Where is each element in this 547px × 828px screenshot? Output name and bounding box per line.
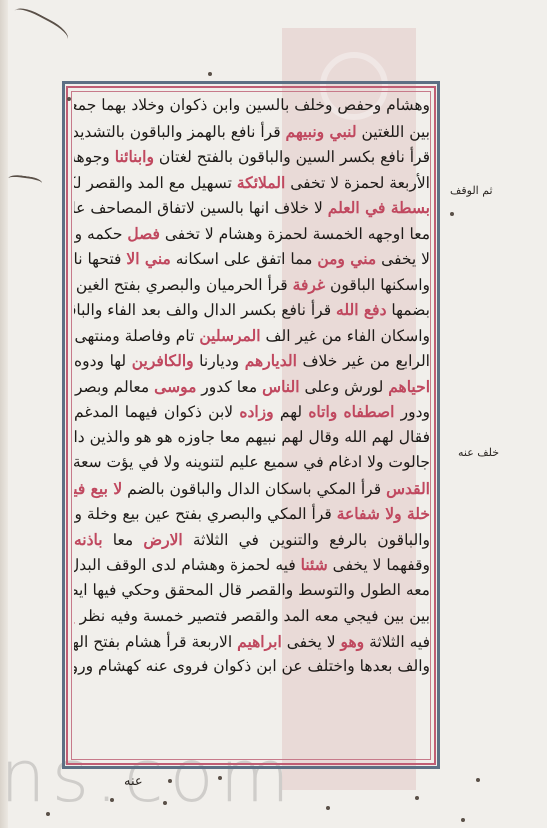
text-segment: والف بعدها واختلف عن ابن ذكوان فروى عنه …: [74, 657, 430, 675]
text-segment: واسكنها الباقون: [325, 276, 430, 294]
rubric-word: باذنه: [74, 530, 103, 549]
rubric-word: لنبي ونبيهم: [286, 122, 357, 141]
manuscript-line: القدس قرأ المكي باسكان الدال والباقون با…: [74, 476, 430, 502]
text-segment: بضمها: [386, 301, 430, 319]
text-segment: قرأ نافع بالهمز والباقون بالتشديد: [74, 123, 286, 141]
manuscript-line: الأربعة لحمزة لا تخفى الملائكة تسهيل مع …: [74, 170, 430, 196]
text-segment: قرأ المكي والبصري بفتح عين بيع وخلة وشفا…: [74, 505, 337, 523]
rubric-word: الناس: [262, 377, 299, 396]
manuscript-line: بسطة في العلم لا خلاف انها بالسين لاتفاق…: [74, 195, 430, 221]
text-segment: قرأ نافع بكسر السين والباقون بالفتح لغتا…: [154, 148, 430, 166]
manuscript-line: وهشام وحفص وخلف بالسين وابن ذكوان وخلاد …: [74, 93, 430, 119]
rubric-word: المرسلين: [199, 326, 260, 345]
rubric-word: خلة ولا شفاعة: [337, 504, 430, 523]
text-segment: معالم وبصرابن: [74, 378, 154, 396]
rubric-word: ابراهيم: [237, 632, 282, 651]
manuscript-line: والف بعدها واختلف عن ابن ذكوان فروى عنه …: [74, 654, 430, 680]
ink-dot: [218, 776, 222, 780]
rubric-word: وزاده: [239, 402, 273, 421]
text-segment: فيه لحمزة وهشام لدى الوقف البدل وتكون: [74, 556, 301, 574]
text-segment: تام وفاصلة ومنتهى الحزب: [74, 327, 199, 345]
text-segment: وقفهما لا يخفى: [328, 556, 430, 574]
binding-thread: [7, 174, 42, 191]
rubric-word: موسى: [154, 377, 196, 396]
text-segment: فقال لهم الله وقال لهم نبيهم معا جاوزه ه…: [74, 428, 430, 446]
manuscript-line: ودور اصطفاه واتاه لهم وزاده لابن ذكوان ف…: [74, 399, 430, 425]
ink-dot: [110, 798, 114, 802]
manuscript-text-block: وهشام وحفص وخلف بالسين وابن ذكوان وخلاد …: [74, 93, 430, 757]
text-segment: قرأ المكي باسكان الدال والباقون بالضم: [122, 480, 386, 498]
ink-dot: [163, 801, 167, 805]
text-segment: وهشام وحفص وخلف بالسين وابن ذكوان وخلاد …: [74, 96, 430, 114]
rubric-word: لا بيع فيه ولا: [74, 479, 122, 498]
manuscript-line: خلة ولا شفاعة قرأ المكي والبصري بفتح عين…: [74, 501, 430, 527]
manuscript-line: لا يخفى مني ومن مما اتفق على اسكانه مني …: [74, 246, 430, 272]
ink-dot: [326, 806, 330, 810]
text-segment: قرأ الحرميان والبصري بفتح الغين والباقون: [74, 276, 293, 294]
manuscript-line: معه الطول والتوسط والقصر قال المحقق وحكي…: [74, 578, 430, 604]
manuscript-line: واسكان الفاء من غير الف المرسلين تام وفا…: [74, 323, 430, 349]
text-segment: ودور: [394, 403, 430, 421]
rubric-word: واتاه: [308, 402, 337, 421]
rubric-word: مني ومن: [317, 249, 376, 268]
text-segment: حكمه وصلا ووقفا: [74, 225, 127, 243]
rubric-word: فصل: [127, 224, 160, 243]
manuscript-line: جالوت ولا ادغام في سميع عليم لتنوينه ولا…: [74, 450, 430, 476]
manuscript-line: وقفهما لا يخفى شئنا فيه لحمزة وهشام لدى …: [74, 552, 430, 578]
margin-note: ثم الوقف: [450, 184, 493, 197]
text-segment: لا خلاف انها بالسين لاتفاق المصاحف على ذ…: [74, 199, 328, 217]
rubric-word: وابنائنا: [115, 147, 154, 166]
text-segment: لا يخفى: [282, 633, 341, 651]
manuscript-line: بضمها دفع الله قرأ نافع بكسر الدال والف …: [74, 297, 430, 323]
text-segment: لابن ذكوان فيهما المدغم: [74, 403, 239, 421]
manuscript-line: والباقون بالرفع والتنوين في الثلاثة الار…: [74, 527, 430, 553]
manuscript-line: قرأ نافع بكسر السين والباقون بالفتح لغتا…: [74, 144, 430, 170]
text-segment: الرابع من غير خلاف: [297, 352, 430, 370]
rubric-word: شئنا: [301, 555, 328, 574]
text-segment: والباقون بالرفع والتنوين في الثلاثة: [183, 531, 430, 549]
rubric-word: مني الا: [126, 249, 170, 268]
text-segment: الاربعة قرأ هشام بفتح الها: [74, 633, 237, 651]
ink-dot: [450, 212, 454, 216]
text-segment: لا يخفى: [376, 250, 430, 268]
text-segment: بين بين فيجي معه المد والقصر فتصير خمسة …: [75, 607, 430, 625]
ink-dot: [67, 97, 71, 101]
text-segment: معا كدور: [196, 378, 262, 396]
text-segment: لهم: [274, 403, 309, 421]
rubric-word: الملائكة: [237, 173, 285, 192]
text-segment: جالوت ولا ادغام في سميع عليم لتنوينه ولا…: [74, 453, 430, 471]
manuscript-line: الرابع من غير خلاف الديارهم وديارنا والك…: [74, 348, 430, 374]
manuscript-line: واسكنها الباقون غرفة قرأ الحرميان والبصر…: [74, 272, 430, 298]
rubric-word: الارض: [143, 530, 182, 549]
text-segment: مما اتفق على اسكانه: [171, 250, 318, 268]
rubric-word: بسطة في العلم: [328, 198, 430, 217]
manuscript-line: معا اوجهه الخمسة لحمزة وهشام لا تخفى فصل…: [74, 221, 430, 247]
rubric-word: والكافرين: [132, 351, 194, 370]
text-segment: لورش وعلى: [300, 378, 389, 396]
rubric-word: احياهم: [388, 377, 430, 396]
text-segment: الأربعة لحمزة لا تخفى: [285, 174, 430, 192]
text-segment: معا اوجهه الخمسة لحمزة وهشام لا تخفى: [160, 225, 430, 243]
manuscript-line: فيه الثلاثة وهو لا يخفى ابراهيم الاربعة …: [74, 629, 430, 655]
page-binding-edge: [0, 0, 8, 828]
catchword: عنه: [124, 774, 143, 789]
text-segment: لها ودوه: [74, 352, 132, 370]
binding-thread: [8, 3, 71, 51]
text-segment: قرأ نافع بكسر الدال والف بعد الفاء والبا…: [74, 301, 336, 319]
rubric-word: القدس: [386, 479, 430, 498]
manuscript-line: بين اللغتين لنبي ونبيهم قرأ نافع بالهمز …: [74, 119, 430, 145]
rubric-word: دفع الله: [336, 300, 386, 319]
rubric-word: اصطفاه: [344, 402, 395, 421]
ink-dot: [46, 812, 50, 816]
text-segment: فتحها نافع والبصري: [74, 250, 126, 268]
ink-dot: [168, 779, 172, 783]
rubric-word: وهو: [340, 632, 364, 651]
manuscript-line: احياهم لورش وعلى الناس معا كدور موسى معا…: [74, 374, 430, 400]
rubric-word: الديارهم: [245, 351, 297, 370]
ink-dot: [208, 72, 212, 76]
manuscript-line: بين بين فيجي معه المد والقصر فتصير خمسة …: [74, 603, 430, 629]
manuscript-line: فقال لهم الله وقال لهم نبيهم معا جاوزه ه…: [74, 425, 430, 451]
text-segment: وديارنا: [194, 352, 245, 370]
text-segment: واسكان الفاء من غير الف: [261, 327, 430, 345]
ink-dot: [415, 796, 419, 800]
text-segment: تسهيل مع المد والقصر لكذلك: [74, 174, 237, 192]
text-segment: وجوهه: [74, 148, 115, 166]
text-segment: بين اللغتين: [357, 123, 430, 141]
rubric-word: غرفة: [293, 275, 325, 294]
text-segment: معه الطول والتوسط والقصر قال المحقق وحكي…: [74, 581, 430, 599]
margin-note: خلف عنه: [458, 446, 499, 459]
ink-dot: [461, 818, 465, 822]
ink-dot: [476, 778, 480, 782]
text-segment: معا: [103, 531, 144, 549]
text-segment: فيه الثلاثة: [364, 633, 430, 651]
